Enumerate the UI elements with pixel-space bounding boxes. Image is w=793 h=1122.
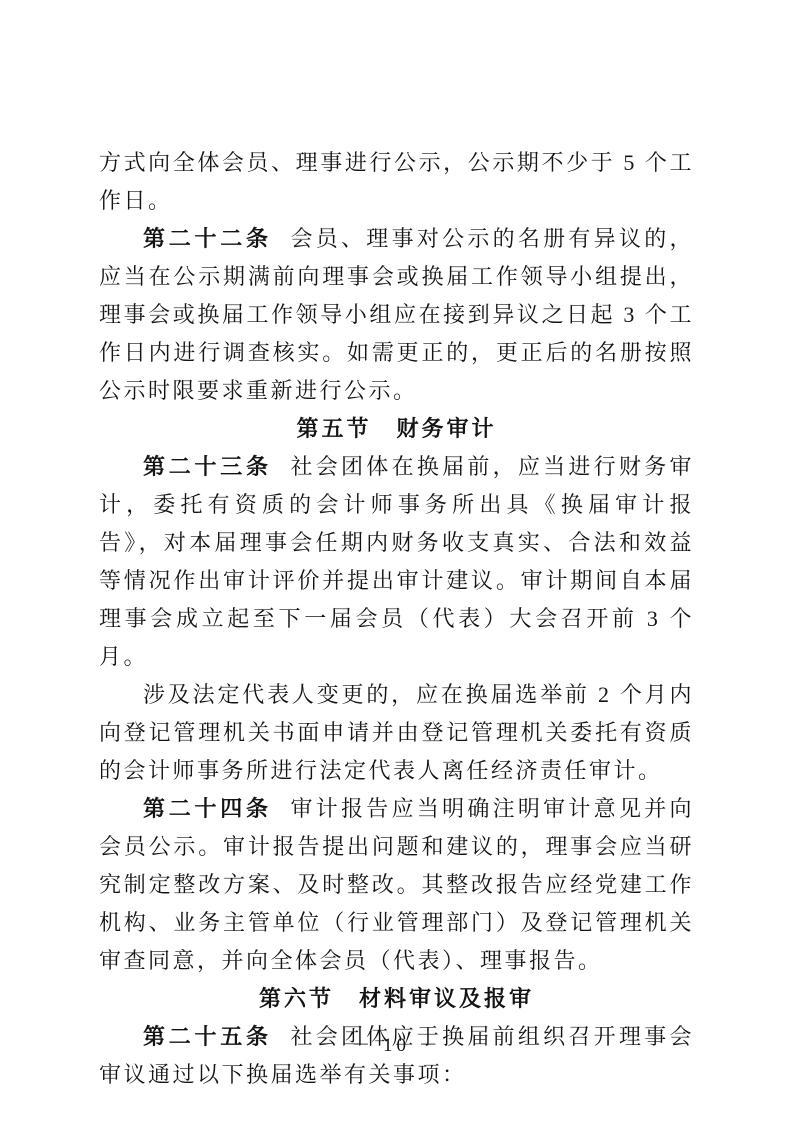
paragraph: 第二十二条会员、理事对公示的名册有异议的，应当在公示期满前向理事会或换届工作领导…	[99, 220, 694, 410]
paragraph: 方式向全体会员、理事进行公示，公示期不少于 5 个工作日。	[99, 144, 694, 220]
article-number-lead: 第二十二条	[143, 226, 272, 251]
paragraph-text: 社会团体在换届前，应当进行财务审计，委托有资质的会计师事务所出具《换届审计报告》…	[99, 454, 694, 669]
section-heading: 第五节 财务审计	[99, 410, 694, 448]
paragraph-text: 会员、理事对公示的名册有异议的，应当在公示期满前向理事会或换届工作领导小组提出，…	[99, 226, 694, 403]
page-number: － 10 －	[0, 1030, 793, 1057]
document-page: 方式向全体会员、理事进行公示，公示期不少于 5 个工作日。 第二十二条会员、理事…	[0, 0, 793, 1122]
paragraph-text: 审计报告应当明确注明审计意见并向会员公示。审计报告提出问题和建议的，理事会应当研…	[99, 796, 694, 973]
article-number-lead: 第二十三条	[143, 454, 272, 479]
paragraph: 第二十三条社会团体在换届前，应当进行财务审计，委托有资质的会计师事务所出具《换届…	[99, 448, 694, 676]
article-number-lead: 第二十四条	[143, 796, 272, 821]
paragraph-text: 方式向全体会员、理事进行公示，公示期不少于 5 个工作日。	[99, 150, 694, 213]
section-heading: 第六节 材料审议及报审	[99, 980, 694, 1018]
paragraph: 涉及法定代表人变更的，应在换届选举前 2 个月内向登记管理机关书面申请并由登记管…	[99, 676, 694, 790]
document-text-block: 方式向全体会员、理事进行公示，公示期不少于 5 个工作日。 第二十二条会员、理事…	[99, 144, 694, 1094]
paragraph: 第二十四条审计报告应当明确注明审计意见并向会员公示。审计报告提出问题和建议的，理…	[99, 790, 694, 980]
paragraph-text: 涉及法定代表人变更的，应在换届选举前 2 个月内向登记管理机关书面申请并由登记管…	[99, 682, 694, 783]
